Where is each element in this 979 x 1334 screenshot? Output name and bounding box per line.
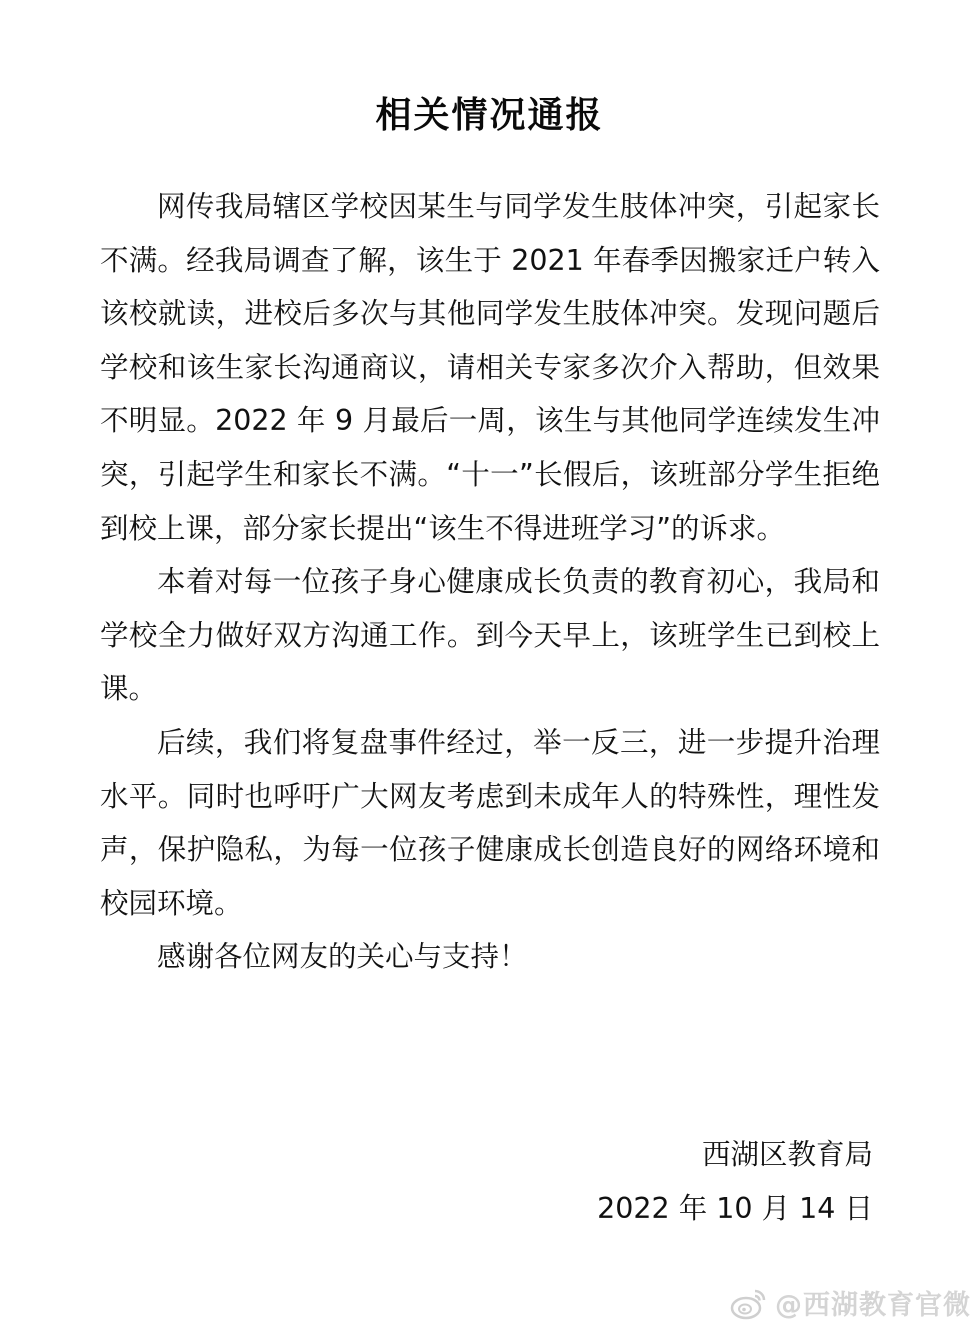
paragraph-incident: 网传我局辖区学校因某生与同学发生肢体冲突，引起家长不满。经我局调查了解，该生于 …: [100, 180, 880, 555]
signature-organization: 西湖区教育局: [597, 1128, 873, 1182]
document-title: 相关情况通报: [0, 88, 979, 144]
document-body: 网传我局辖区学校因某生与同学发生肢体冲突，引起家长不满。经我局调查了解，该生于 …: [100, 180, 880, 984]
paragraph-thanks: 感谢各位网友的关心与支持！: [100, 930, 880, 984]
paragraph-response: 本着对每一位孩子身心健康成长负责的教育初心，我局和学校全力做好双方沟通工作。到今…: [100, 555, 880, 716]
watermark-text: @西湖教育官微: [775, 1283, 971, 1322]
signature-block: 西湖区教育局 2022 年 10 月 14 日: [597, 1128, 873, 1236]
weibo-watermark: @西湖教育官微: [729, 1283, 971, 1322]
paragraph-follow-up: 后续，我们将复盘事件经过，举一反三，进一步提升治理水平。同时也呼吁广大网友考虑到…: [100, 716, 880, 930]
weibo-icon: [729, 1285, 769, 1321]
signature-date: 2022 年 10 月 14 日: [597, 1182, 873, 1236]
